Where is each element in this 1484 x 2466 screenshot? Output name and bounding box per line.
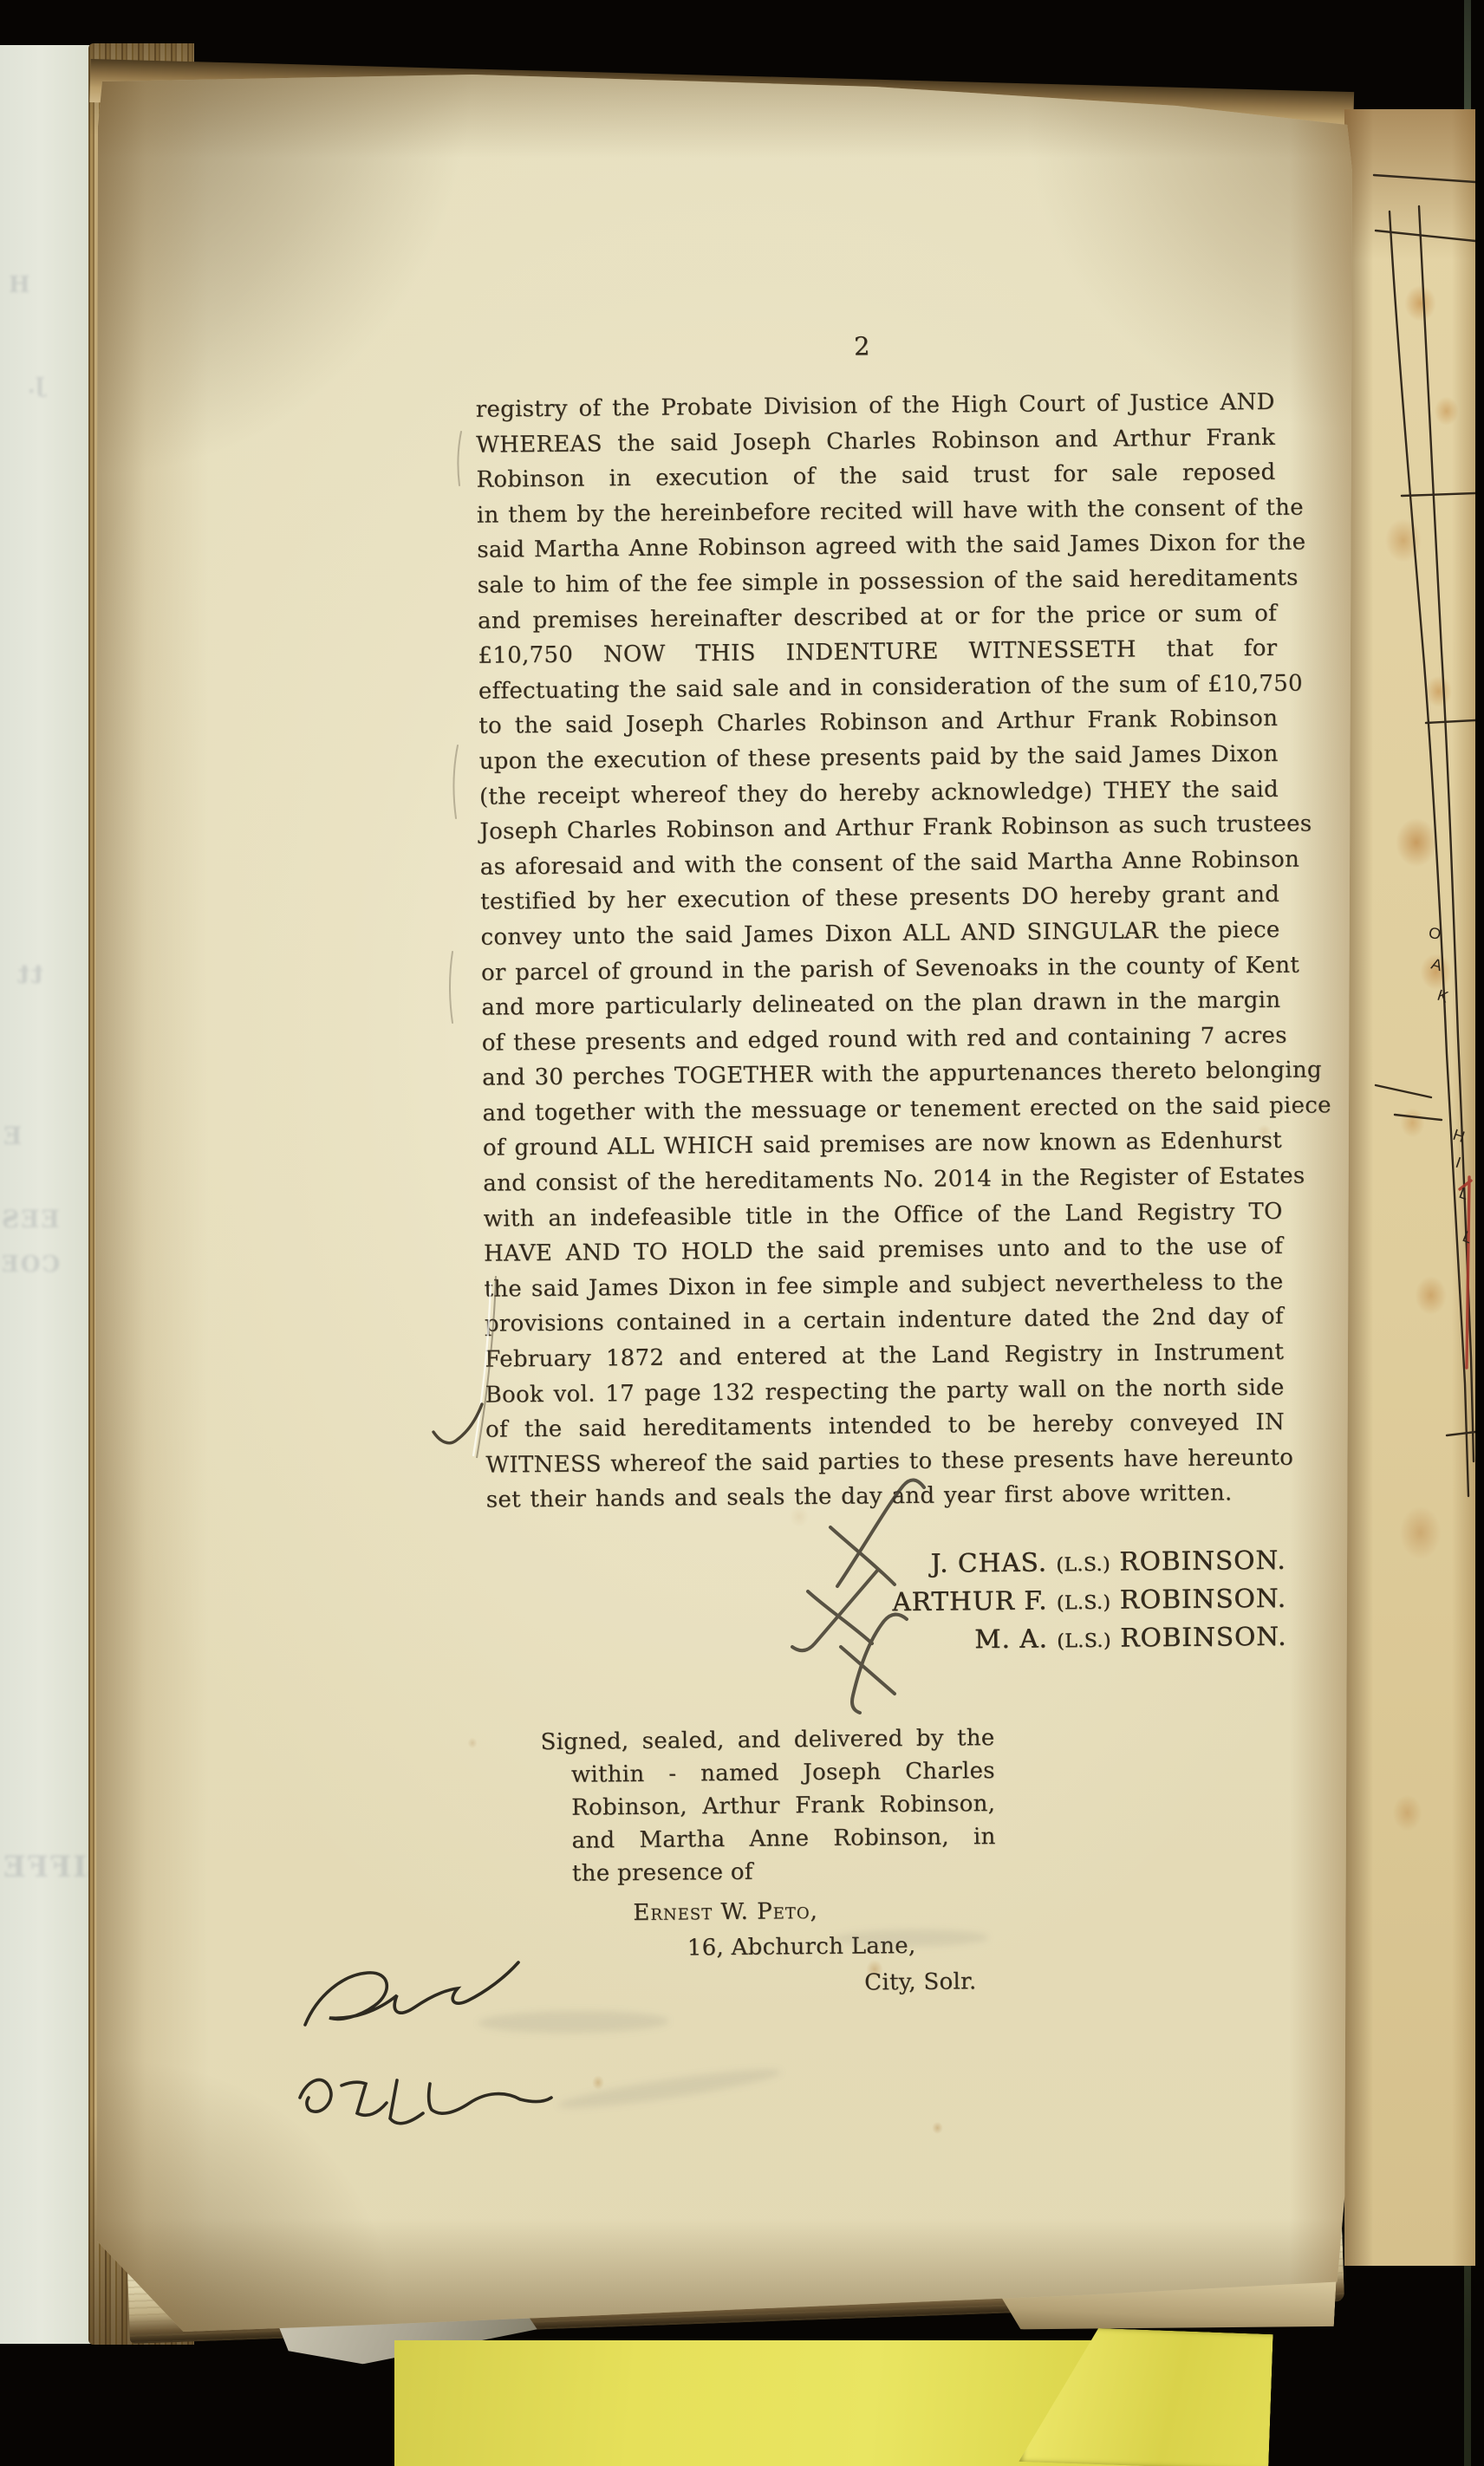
- ghost-text: EES: [0, 1205, 60, 1233]
- photographed-book-page: H J. tt E EES COE LIFFE: [0, 0, 1484, 2466]
- road-label-letter: K: [1435, 986, 1451, 1006]
- attestation-line: Robinson, Arthur Frank Robinson,: [571, 1791, 995, 1821]
- deed-line-31: set their hands and seals the day and ye…: [486, 1475, 1285, 1518]
- road-label-letter: A: [1429, 955, 1444, 975]
- signature-block: J. CHAS. (L.S.) ROBINSON.ARTHUR F. (L.S.…: [794, 1543, 1286, 1662]
- attestation-line: within - named Joseph Charles: [571, 1758, 995, 1788]
- sig-line-2: M. A. (L.S.) ROBINSON.: [795, 1619, 1286, 1662]
- road-label-letter: L: [1461, 1227, 1475, 1246]
- road-label-letter: I: [1454, 1154, 1463, 1172]
- page-content: 2 registry of the Probate Division of th…: [87, 62, 1365, 2338]
- seal-abbreviation: (L.S.): [1057, 1592, 1111, 1615]
- ghost-text: H: [7, 272, 30, 298]
- adjacent-left-page: H J. tt E EES COE LIFFE: [0, 45, 102, 2344]
- seal-abbreviation: (L.S.): [1057, 1630, 1111, 1653]
- witness-city: City, Solr.: [864, 1968, 977, 1995]
- margin-plan-map: OAKHILL: [1344, 109, 1475, 2266]
- attestation-line: the presence of: [572, 1859, 753, 1887]
- seal-abbreviation: (L.S.): [1056, 1554, 1110, 1577]
- show-through-smudge: [556, 2062, 782, 2114]
- witness-name: Ernest W. Peto,: [633, 1898, 818, 1926]
- ghost-text: COE: [0, 1252, 60, 1278]
- deed-body-text: registry of the Probate Division of the …: [476, 385, 1285, 1519]
- adjacent-map-page: OAKHILL: [1344, 109, 1475, 2266]
- road-label-letter: H: [1451, 1126, 1468, 1146]
- document-page: 2 registry of the Probate Division of th…: [95, 68, 1352, 2332]
- attestation-line: and Martha Anne Robinson, in: [571, 1824, 995, 1854]
- page-number: 2: [854, 331, 870, 361]
- ghost-text: J.: [26, 373, 45, 398]
- show-through-smudge: [478, 2010, 668, 2034]
- sig-line-1: ARTHUR F. (L.S.) ROBINSON.: [795, 1581, 1286, 1623]
- ghost-text: tt: [16, 960, 43, 990]
- sig-line-0: J. CHAS. (L.S.) ROBINSON.: [794, 1543, 1285, 1585]
- ghost-text: E: [2, 1122, 22, 1150]
- show-through-smudge: [833, 1929, 989, 1948]
- attestation-line: Signed, sealed, and delivered by the: [540, 1725, 994, 1755]
